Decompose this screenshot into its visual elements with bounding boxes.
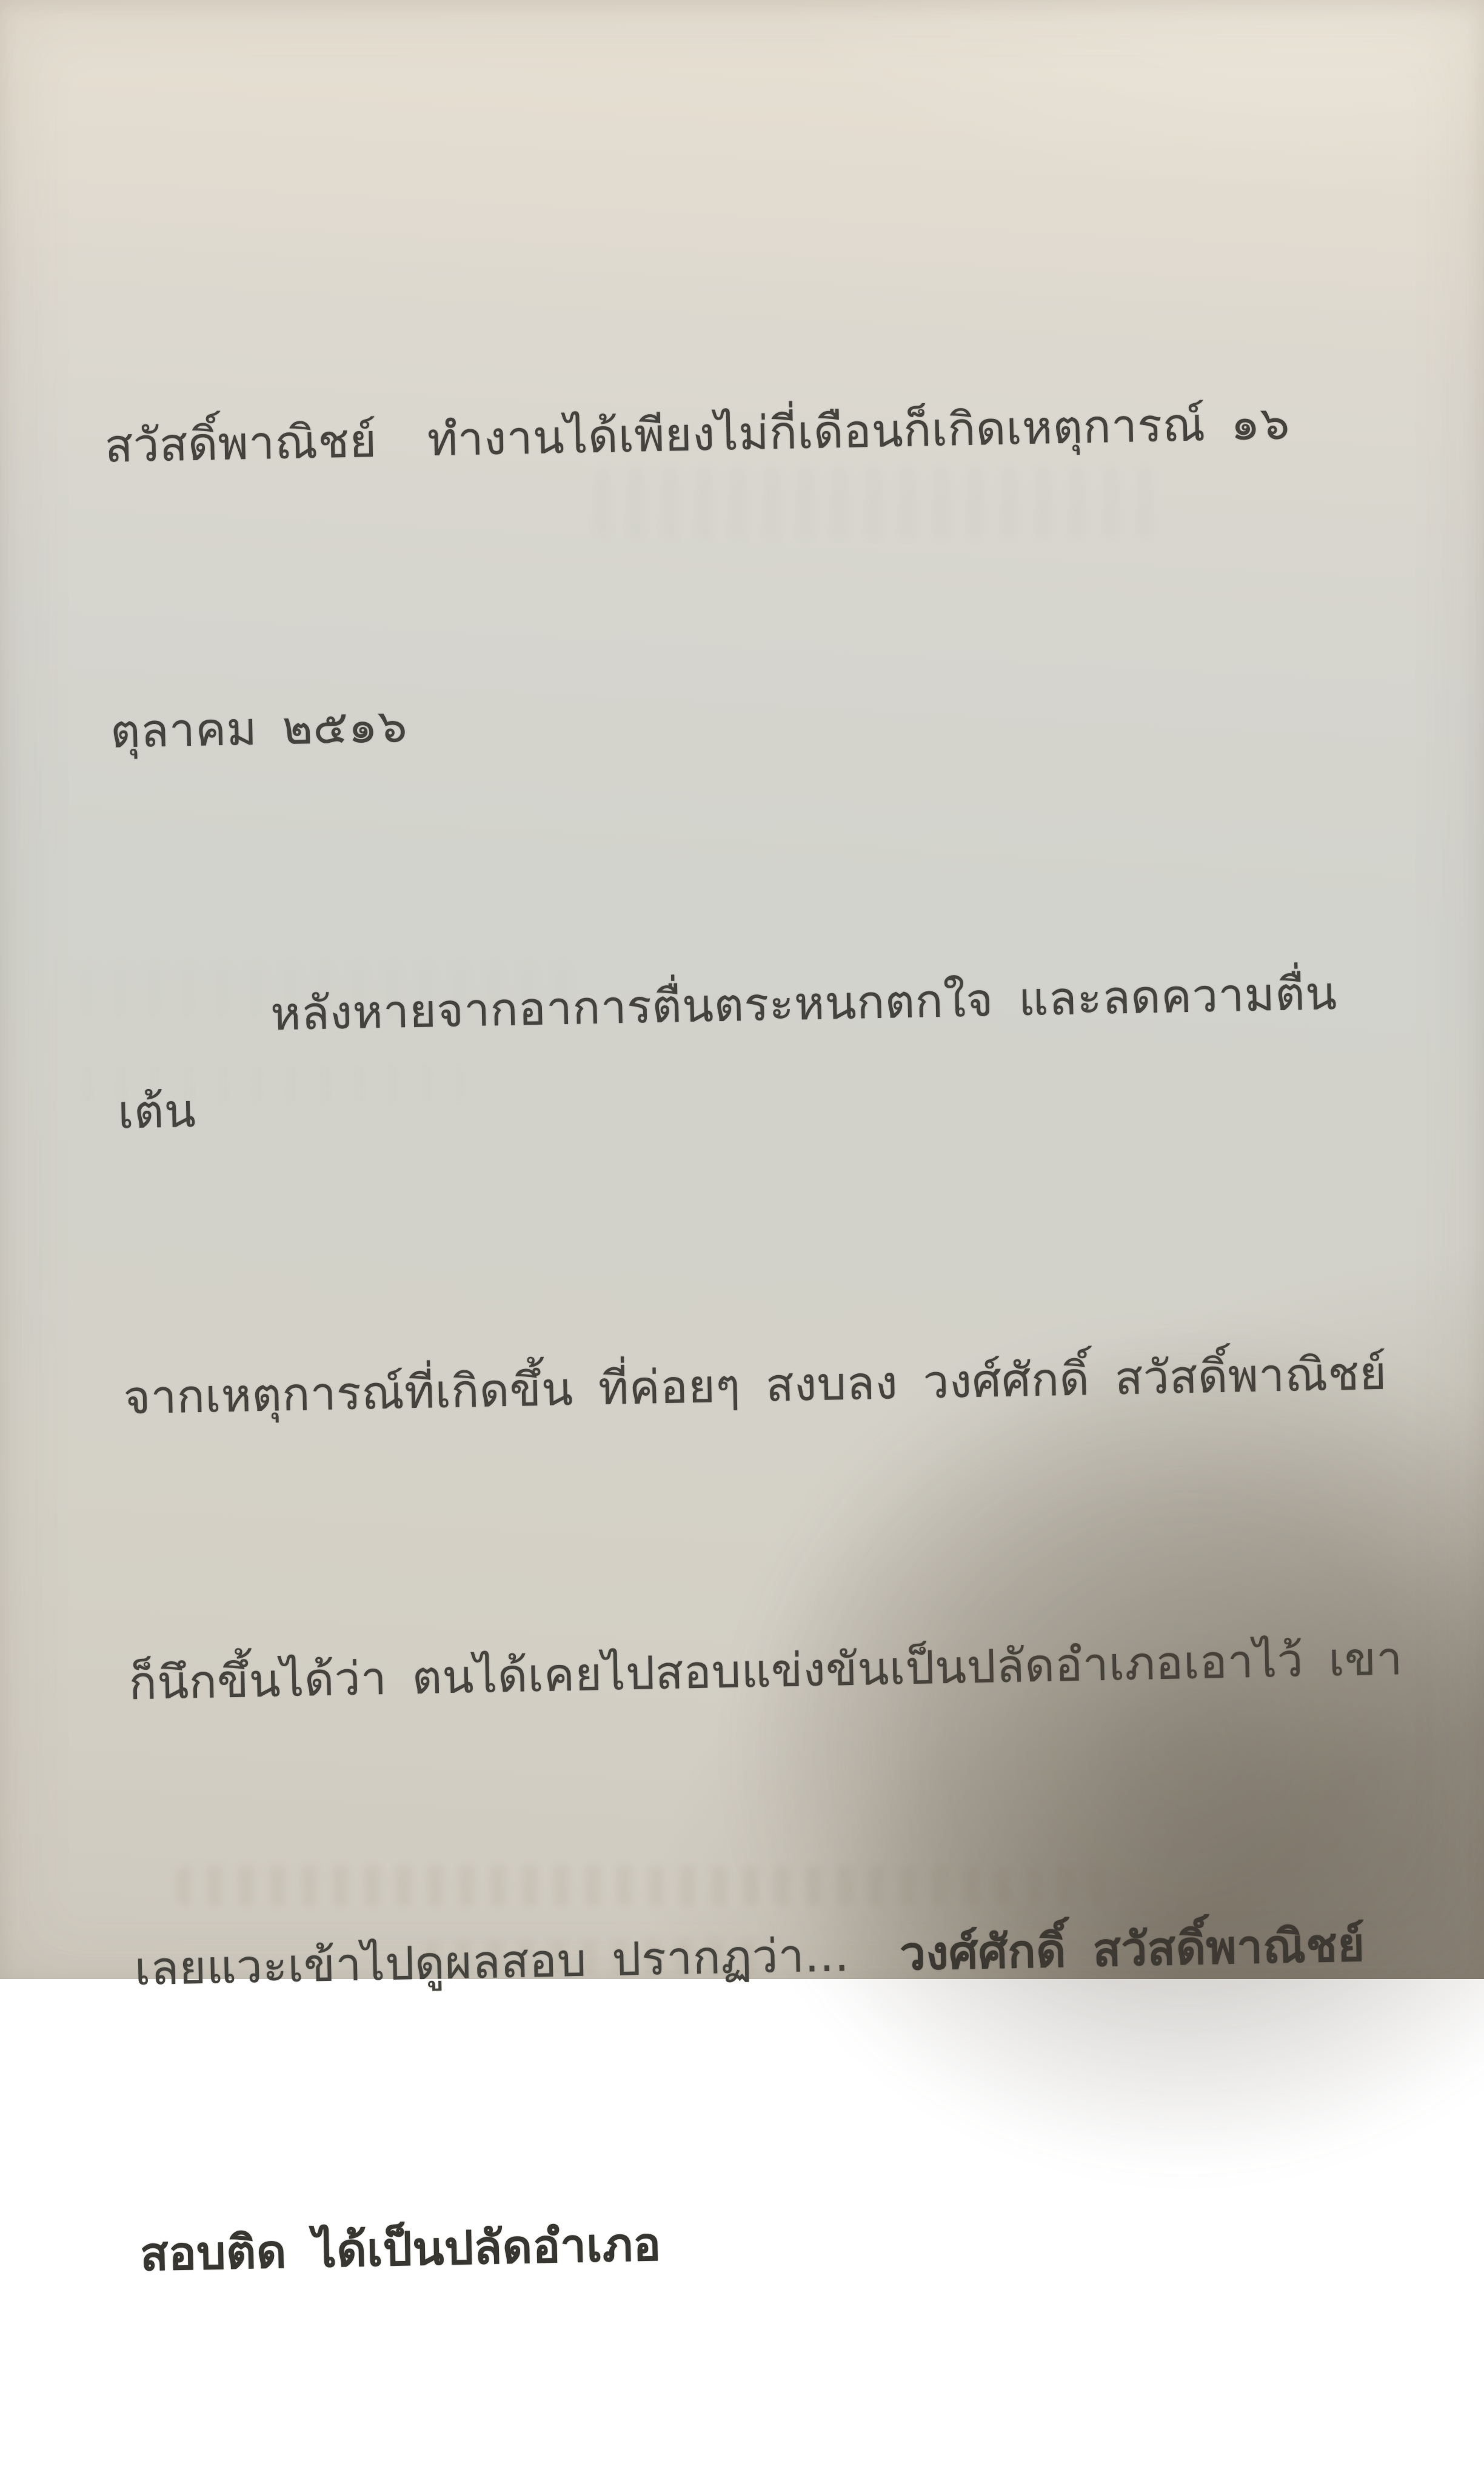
text-line-4: จากเหตุการณ์ที่เกิดขึ้น ที่ค่อยๆ สงบลง ว… — [122, 1325, 1415, 1445]
book-page-photo: สวัสดิ์พาณิชย์ ทำงานได้เพียงไม่กี่เดือนก… — [0, 0, 1484, 1979]
text-line-6: เลยแวะเข้าไปดูผลสอบ ปรากฏว่า... วงศ์ศักด… — [133, 1896, 1426, 1979]
paragraph-block: สวัสดิ์พาณิชย์ ทำงานได้เพียงไม่กี่เดือนก… — [100, 183, 1436, 1979]
text-line-1: สวัสดิ์พาณิชย์ ทำงานได้เพียงไม่กี่เดือนก… — [104, 373, 1397, 494]
text-line-2: ตุลาคม ๒๕๑๖ — [110, 658, 1403, 779]
text-line-6-regular: เลยแวะเข้าไปดูผลสอบ ปรากฏว่า... — [134, 1927, 900, 1979]
text-line-6-bold-name: วงศ์ศักดิ์ สวัสดิ์พาณิชย์ — [899, 1918, 1365, 1979]
text-line-5: ก็นึกขึ้นได้ว่า ตนได้เคยไปสอบแข่งขันเป็น… — [128, 1610, 1421, 1731]
text-line-3: หลังหายจากอาการตื่นตระหนกตกใจ และลดความต… — [115, 944, 1410, 1160]
